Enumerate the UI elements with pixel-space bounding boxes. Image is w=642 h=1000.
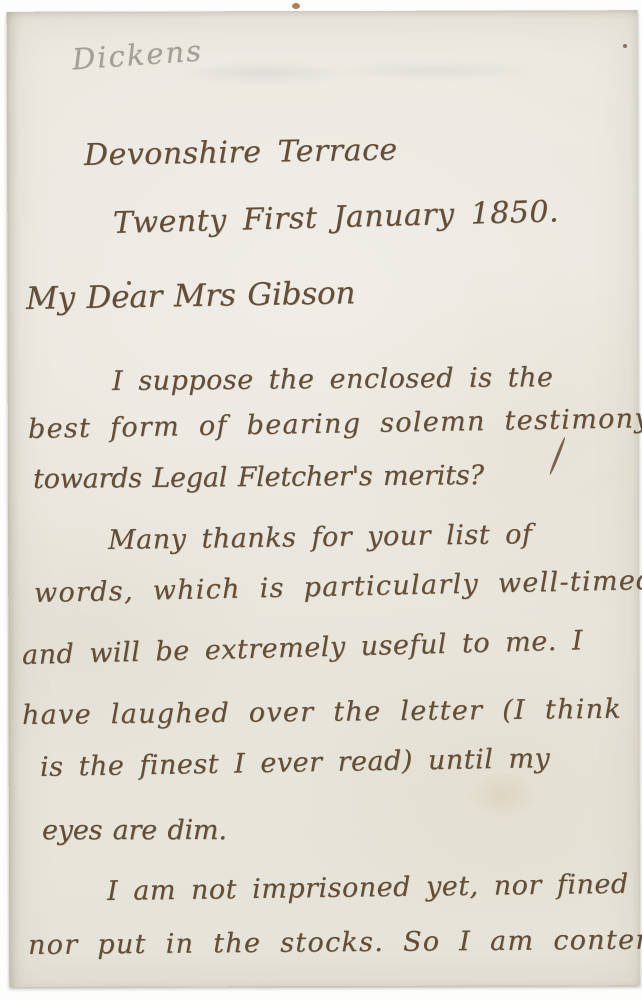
letter-line-p2-2: words, which is particularly well-timed <box>34 565 642 609</box>
letter-line-p2-4: have laughed over the letter (I think it <box>22 693 642 731</box>
letter-line-p3-2: nor put in the stocks. So I am content <box>28 924 642 961</box>
letter-line-p1-3: towards Legal Fletcher's merits? <box>33 460 484 495</box>
letter-line-p3-1: I am not imprisoned yet, nor fined <box>107 869 629 907</box>
letter-line-p2-3: and will be extremely useful to me. I <box>22 625 584 671</box>
address-line: Devonshire Terrace <box>84 133 398 173</box>
letter-line-p2-5: is the finest I ever read) until my <box>40 743 551 783</box>
letter-line-p1-1: I suppose the enclosed is the <box>112 362 554 397</box>
handwriting-layer: Dickens Devonshire Terrace Twenty First … <box>0 0 642 1000</box>
letter-scan: Dickens Devonshire Terrace Twenty First … <box>0 0 642 1000</box>
salutation-line: My Dear Mrs Gibson <box>26 275 356 317</box>
pencil-annotation: Dickens <box>71 33 204 76</box>
letter-line-p1-2: best form of bearing solemn testimony <box>28 403 642 445</box>
letter-line-p2-1: Many thanks for your list of <box>108 519 533 556</box>
date-line: Twenty First January 1850. <box>113 194 560 241</box>
letter-line-p2-6: eyes are dim. <box>42 815 227 846</box>
